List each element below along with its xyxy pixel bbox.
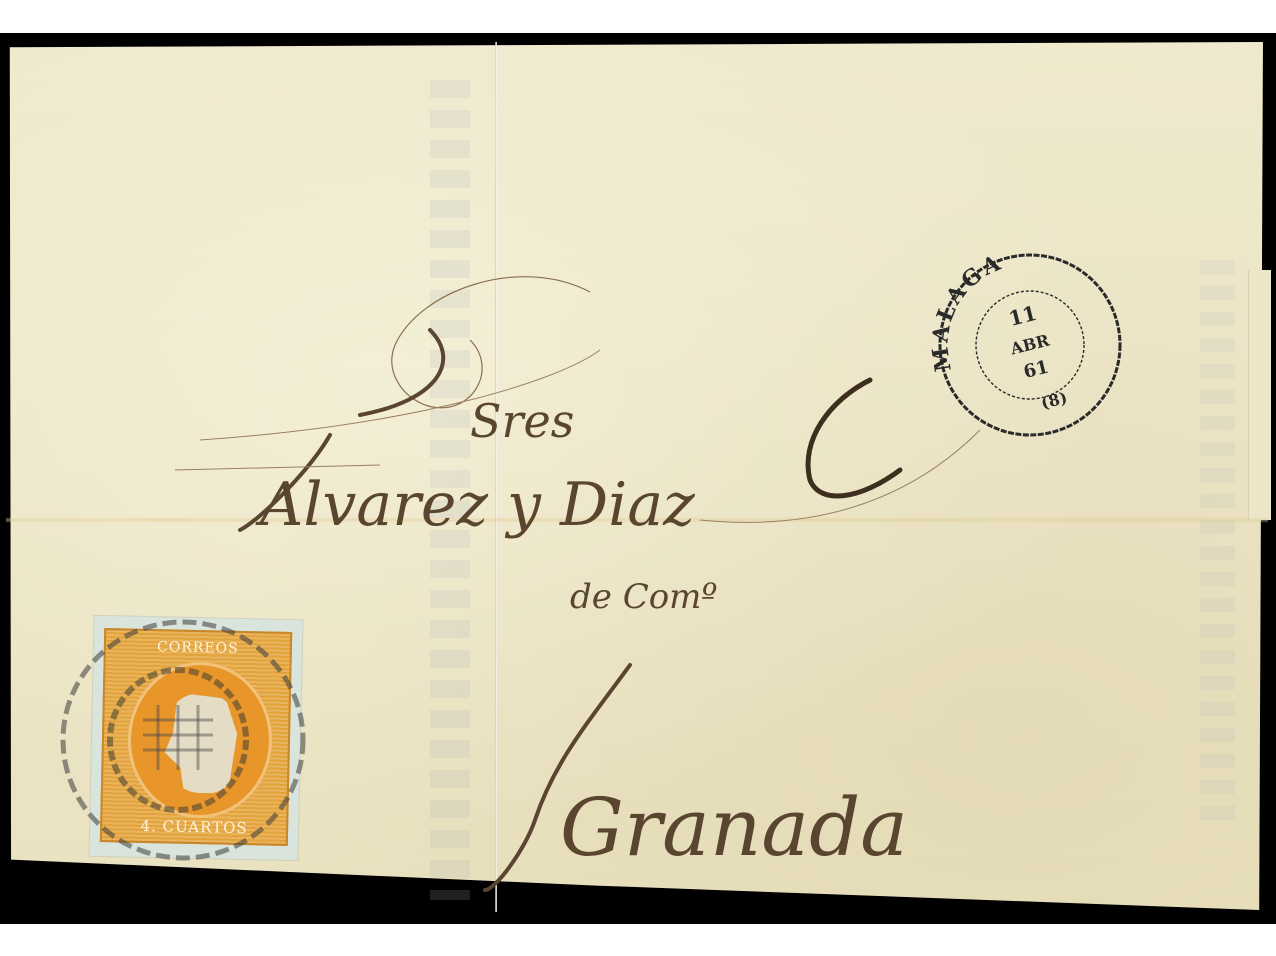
postmark-month: ABR (1008, 330, 1052, 358)
postmark-day: 11 (1006, 301, 1039, 331)
postmark-code: (8) (1039, 388, 1069, 413)
postmark-town: MALAGA (927, 249, 1007, 373)
grill-cancel-icon (48, 610, 318, 870)
postmark-year: 61 (1021, 357, 1050, 383)
